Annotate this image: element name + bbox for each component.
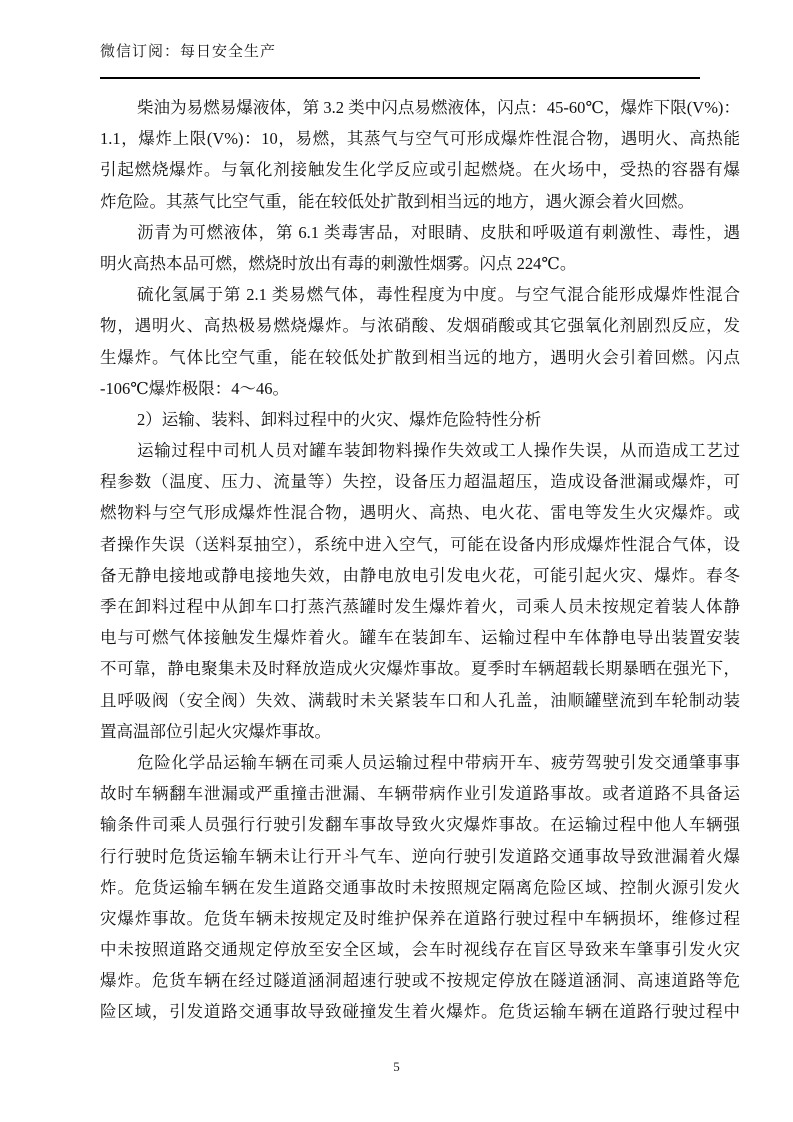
text-line: 电与可燃气体接触发生爆炸着火。罐车在装卸车、运输过程中车体静电导出装置安装: [100, 622, 740, 653]
text-line: 备无静电接地或静电接地失效，由静电放电引发电火花，可能引起火灾、爆炸。春冬: [100, 560, 740, 591]
text-line: 中未按照道路交通规定停放至安全区域，会车时视线存在盲区导致来车肇事引发火灾: [100, 934, 740, 965]
text-line: 置高温部位引起火灾爆炸事故。: [100, 716, 740, 747]
text-line: 明火高热本品可燃，燃烧时放出有毒的刺激性烟雾。闪点 224℃。: [100, 248, 740, 279]
text-line: 程参数（温度、压力、流量等）失控，设备压力超温超压，造成设备泄漏或爆炸，可: [100, 466, 740, 497]
text-line: 1.1，爆炸上限(V%)：10，易燃，其蒸气与空气可形成爆炸性混合物，遇明火、高…: [100, 123, 740, 154]
text-line: 且呼吸阀（安全阀）失效、满载时未关紧装车口和人孔盖，油顺罐壁流到车轮制动装: [100, 685, 740, 716]
document-body: 柴油为易燃易爆液体，第 3.2 类中闪点易燃液体，闪点：45-60℃，爆炸下限(…: [100, 92, 740, 1028]
text-line: -106℃爆炸极限：4～46。: [100, 373, 740, 404]
text-line: 危险化学品运输车辆在司乘人员运输过程中带病开车、疲劳驾驶引发交通肇事事: [100, 747, 740, 778]
text-line: 引起燃烧爆炸。与氧化剂接触发生化学反应或引起燃烧。在火场中，受热的容器有爆: [100, 154, 740, 185]
header-rule: [100, 77, 700, 79]
header-text: 微信订阅：每日安全生产: [100, 44, 276, 60]
text-line: 运输过程中司机人员对罐车装卸物料操作失效或工人操作失误，从而造成工艺过: [100, 435, 740, 466]
section-heading: 2）运输、装料、卸料过程中的火灾、爆炸危险特性分析: [100, 404, 740, 435]
text-line: 者操作失误（送料泵抽空），系统中进入空气，可能在设备内形成爆炸性混合气体，设: [100, 529, 740, 560]
text-line: 灾爆炸事故。危货车辆未按规定及时维护保养在道路行驶过程中车辆损坏，维修过程: [100, 903, 740, 934]
text-line: 不可靠，静电聚集未及时释放造成火灾爆炸事故。夏季时车辆超载长期暴晒在强光下，: [100, 653, 740, 684]
text-line: 沥青为可燃液体，第 6.1 类毒害品，对眼睛、皮肤和呼吸道有刺激性、毒性，遇: [100, 217, 740, 248]
text-line: 输条件司乘人员强行行驶引发翻车事故导致火灾爆炸事故。在运输过程中他人车辆强: [100, 809, 740, 840]
text-line: 险区域，引发道路交通事故导致碰撞发生着火爆炸。危货运输车辆在道路行驶过程中: [100, 996, 740, 1027]
text-line: 物，遇明火、高热极易燃烧爆炸。与浓硝酸、发烟硝酸或其它强氧化剂剧烈反应，发: [100, 310, 740, 341]
page-number: 5: [393, 1059, 400, 1074]
text-line: 燃物料与空气形成爆炸性混合物，遇明火、高热、电火花、雷电等发生火灾爆炸。或: [100, 497, 740, 528]
text-line: 硫化氢属于第 2.1 类易燃气体，毒性程度为中度。与空气混合能形成爆炸性混合: [100, 279, 740, 310]
text-line: 炸危险。其蒸气比空气重，能在较低处扩散到相当远的地方，遇火源会着火回燃。: [100, 186, 740, 217]
page-header: 微信订阅：每日安全生产: [100, 42, 700, 62]
text-line: 炸。危货运输车辆在发生道路交通事故时未按照规定隔离危险区域、控制火源引发火: [100, 872, 740, 903]
text-line: 柴油为易燃易爆液体，第 3.2 类中闪点易燃液体，闪点：45-60℃，爆炸下限(…: [100, 92, 740, 123]
text-line: 行行驶时危货运输车辆未让行开斗气车、逆向行驶引发道路交通事故导致泄漏着火爆: [100, 841, 740, 872]
document-page: 微信订阅：每日安全生产 柴油为易燃易爆液体，第 3.2 类中闪点易燃液体，闪点：…: [0, 0, 793, 1122]
page-footer: 5: [0, 1058, 793, 1076]
text-line: 故时车辆翻车泄漏或严重撞击泄漏、车辆带病作业引发道路事故。或者道路不具备运: [100, 778, 740, 809]
text-line: 爆炸。危货车辆在经过隧道涵洞超速行驶或不按规定停放在隧道涵洞、高速道路等危: [100, 965, 740, 996]
text-line: 生爆炸。气体比空气重，能在较低处扩散到相当远的地方，遇明火会引着回燃。闪点: [100, 342, 740, 373]
text-line: 季在卸料过程中从卸车口打蒸汽蒸罐时发生爆炸着火，司乘人员未按规定着装人体静: [100, 591, 740, 622]
